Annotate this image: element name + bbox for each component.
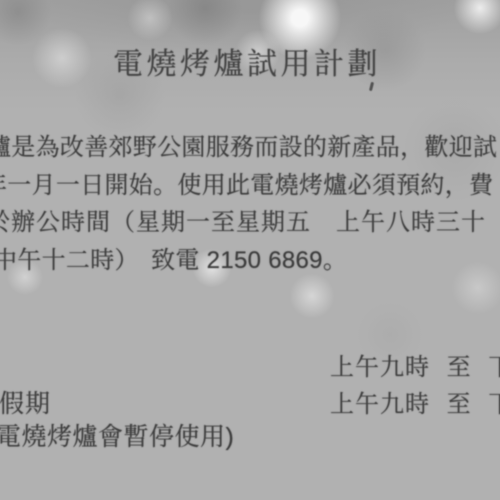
schedule-footnote: 電燒烤爐會暫停使用) (0, 417, 234, 453)
notice-body-line-1: 爐是為改善郊野公園服務而設的新產品，歡迎試 (0, 127, 497, 162)
sign-text-layer: 電燒烤爐試用計劃 爐是為改善郊野公園服務而設的新產品，歡迎試 年一月一日開始。使… (0, 0, 500, 500)
notice-body-line-2: 年一月一日開始。使用此電燒烤爐必須預約，費 (0, 165, 493, 200)
notice-title: 電燒烤爐試用計劃 (113, 39, 381, 83)
photo-speck-mark (369, 82, 374, 91)
notice-body-line-4-phone: 中午十二時） 致電 2150 6869。 (0, 240, 347, 275)
schedule-time-row-2: 上午九時 至 下 (330, 384, 500, 419)
schedule-label-holiday: 假期 (0, 384, 51, 420)
schedule-time-row-1: 上午九時 至 下 (330, 347, 500, 382)
notice-body-line-3: 於辦公時間（星期一至星期五 上午八時三十 (0, 202, 486, 237)
notice-sign-photo: 電燒烤爐試用計劃 爐是為改善郊野公園服務而設的新產品，歡迎試 年一月一日開始。使… (0, 0, 500, 500)
